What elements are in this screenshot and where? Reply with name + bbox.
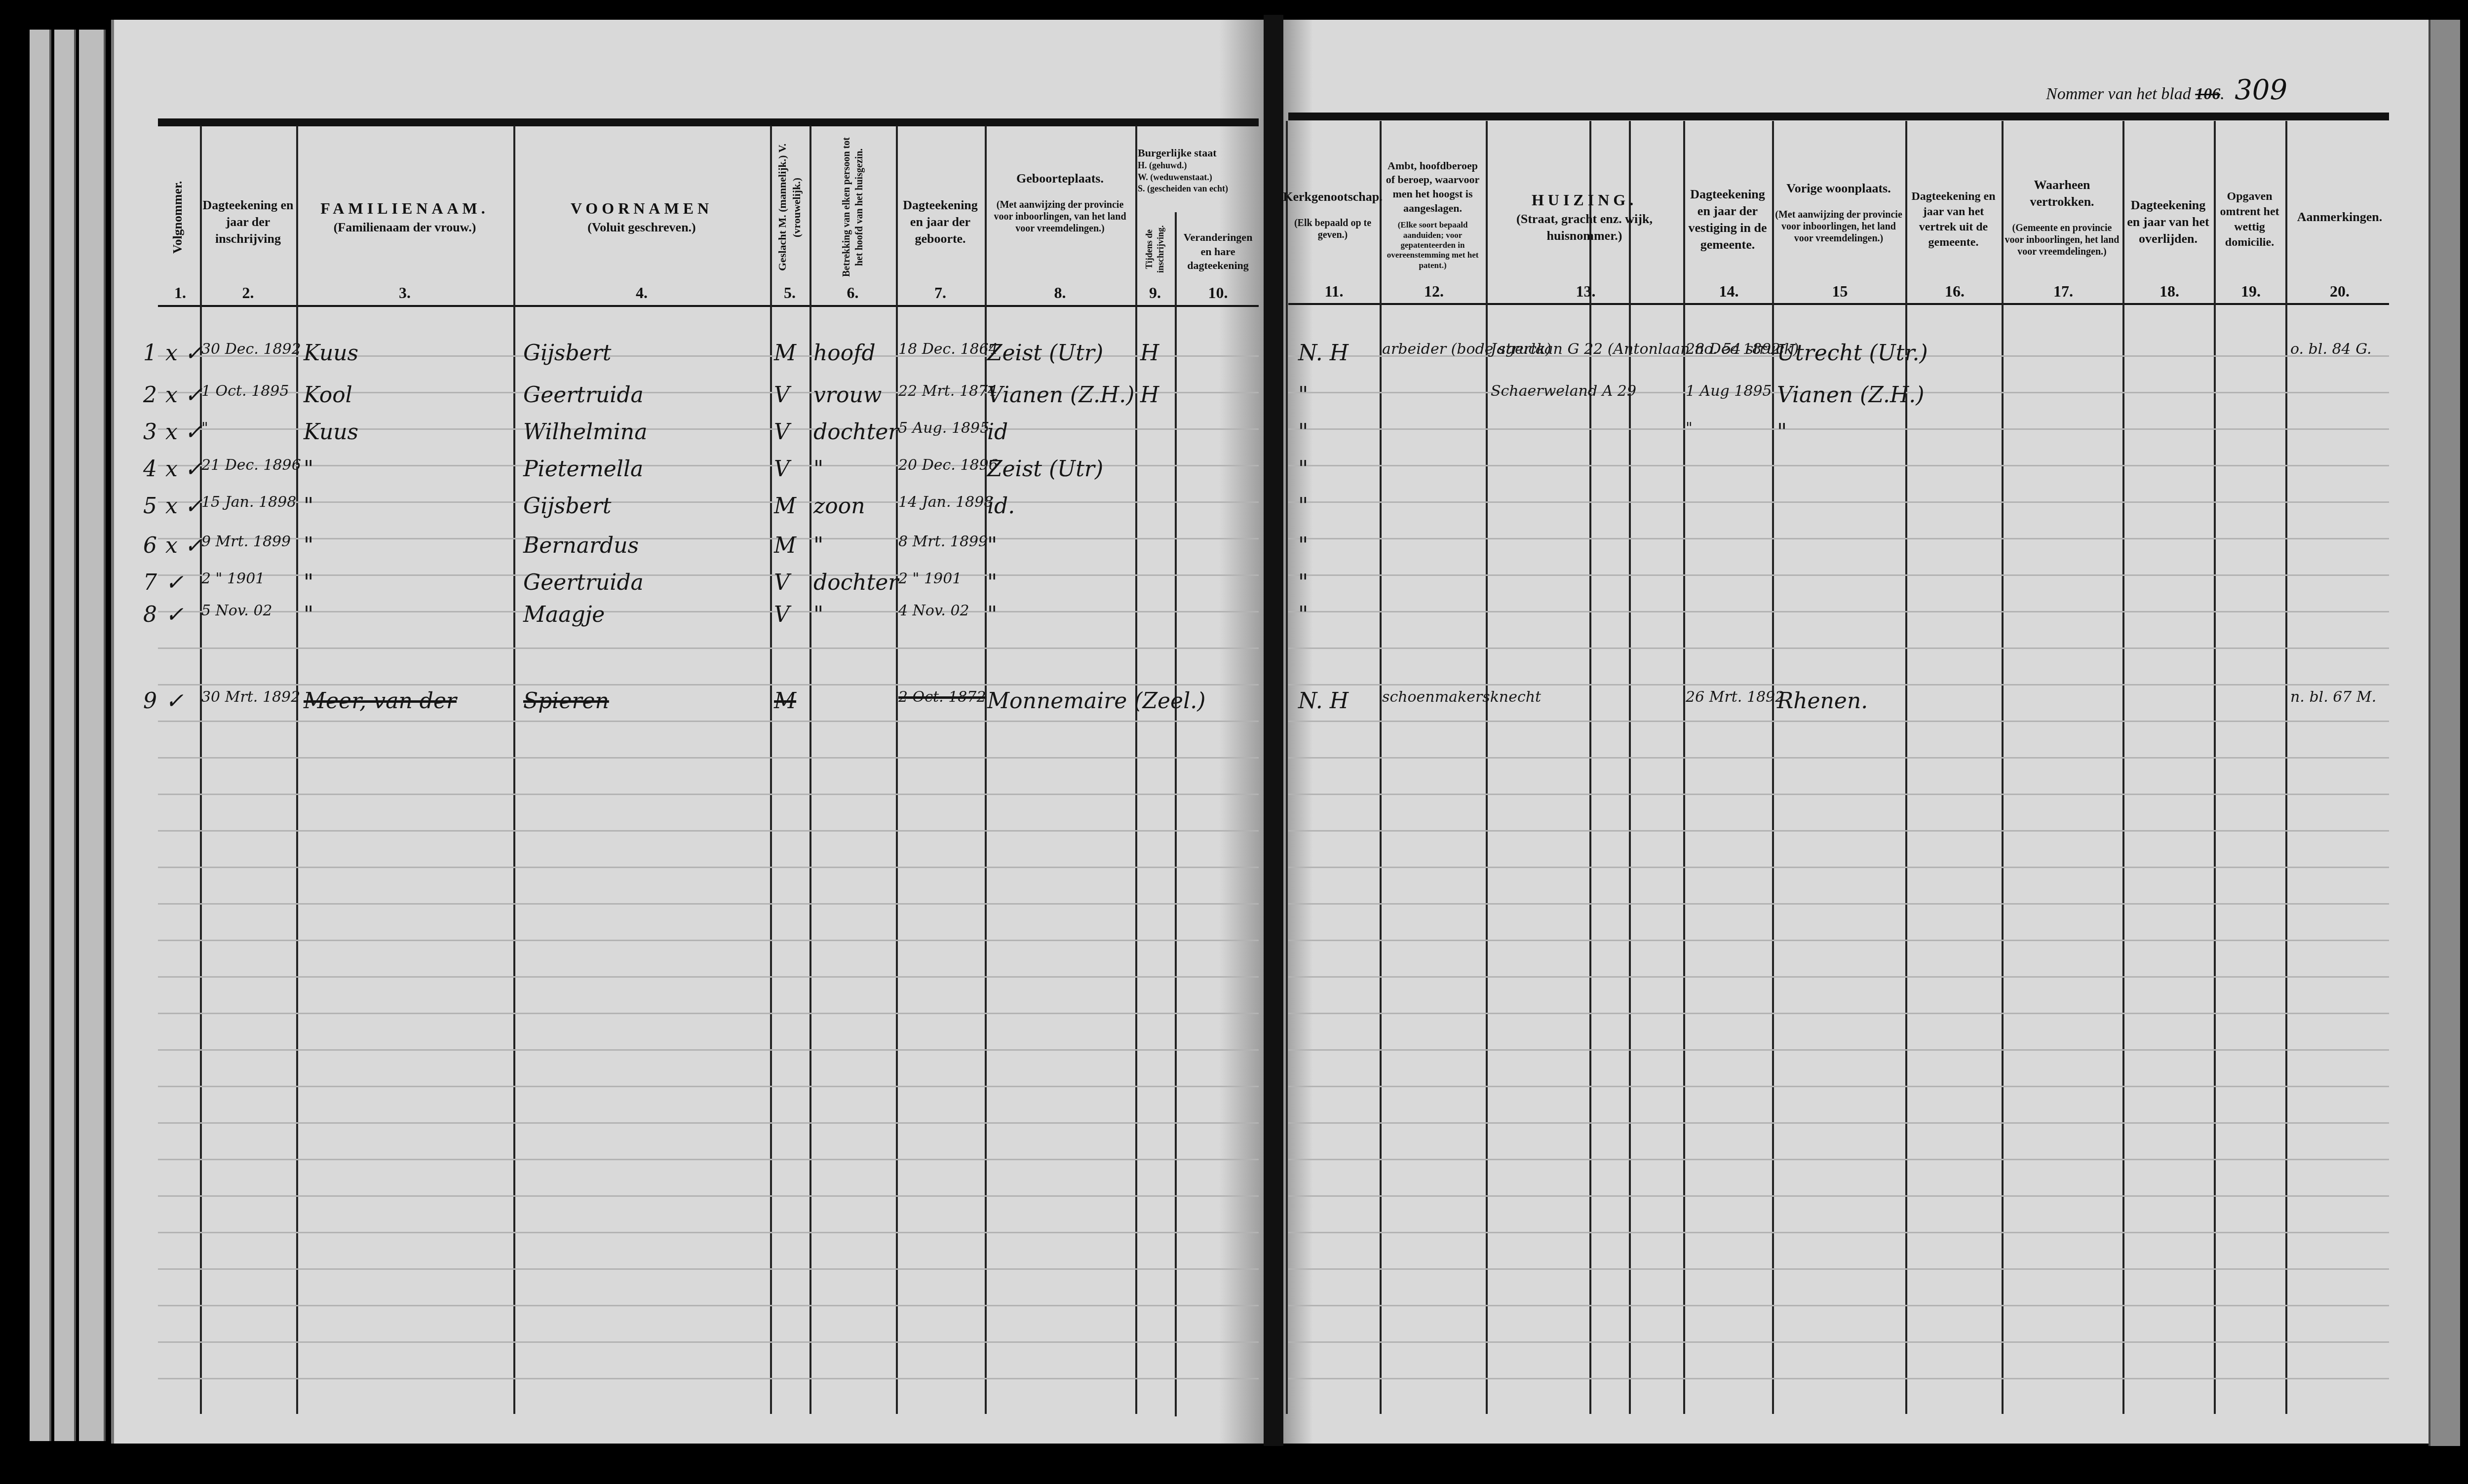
entry-betrekking: " bbox=[813, 457, 823, 482]
ruled-line bbox=[1288, 1305, 2389, 1306]
entry-kerk: " bbox=[1298, 457, 1308, 482]
ruled-line bbox=[1288, 1086, 2389, 1087]
ruled-line bbox=[158, 574, 1259, 576]
ruled-line bbox=[1288, 611, 2389, 612]
column-number: 13. bbox=[1488, 282, 1683, 301]
entry-geboorte: 18 Dec. 1864 bbox=[898, 341, 998, 358]
column-divider bbox=[810, 126, 811, 1414]
header-col-4: VOORNAMEN (Voluit geschreven.) bbox=[516, 163, 768, 271]
entry-inschrijving: " bbox=[201, 419, 208, 437]
entry-kerk: " bbox=[1298, 494, 1308, 519]
entry-geslacht: M bbox=[774, 494, 796, 519]
ruled-line bbox=[158, 830, 1259, 832]
entry-marks: ✓ bbox=[165, 688, 184, 714]
entry-marks: x ✓ bbox=[165, 533, 203, 558]
column-divider bbox=[770, 126, 772, 1414]
ruled-line bbox=[1288, 721, 2389, 722]
column-number: 12. bbox=[1382, 282, 1486, 301]
ruled-line bbox=[1288, 501, 2389, 503]
ruled-line bbox=[158, 976, 1259, 978]
entry-geboorte: 5 Aug. 1895 bbox=[898, 419, 989, 437]
entry-geboorteplaats: Monnemaire (Zeel.) bbox=[987, 688, 1205, 714]
column-divider bbox=[1380, 121, 1382, 1414]
entry-familienaam: Meer, van der bbox=[304, 688, 457, 714]
header-top-rule bbox=[158, 118, 1259, 126]
entry-betrekking: dochter bbox=[813, 570, 898, 595]
entry-marks: x ✓ bbox=[165, 494, 203, 519]
entry-vorige: Utrecht (Utr.) bbox=[1777, 341, 1928, 366]
column-number: 10. bbox=[1177, 284, 1259, 302]
ruled-line bbox=[158, 611, 1259, 612]
entry-betrekking: " bbox=[813, 602, 823, 627]
entry-beroep: schoenmakersknecht bbox=[1382, 688, 1541, 706]
entry-geboorteplaats: " bbox=[987, 533, 997, 558]
entry-kerk: " bbox=[1298, 602, 1308, 627]
column-number: 16. bbox=[1908, 282, 2002, 301]
entry-kerk: " bbox=[1298, 382, 1308, 408]
entry-inschrijving: 2 " 1901 bbox=[201, 570, 265, 587]
ruled-line bbox=[158, 684, 1259, 685]
column-divider bbox=[1589, 121, 1591, 1414]
entry-kerk: " bbox=[1298, 570, 1308, 595]
entry-geslacht: V bbox=[774, 457, 790, 482]
column-divider bbox=[2285, 121, 2287, 1414]
entry-geboorte: 2 Oct. 1872 bbox=[898, 688, 986, 706]
ruled-line bbox=[158, 647, 1259, 649]
entry-betrekking: dochter bbox=[813, 419, 898, 445]
entry-geboorteplaats: Zeist (Utr) bbox=[987, 341, 1103, 366]
header-col-5: Geslacht M. (mannelijk.) V. (vrouwelijk.… bbox=[772, 133, 807, 281]
column-number: 9. bbox=[1138, 284, 1172, 302]
entry-vorige: " bbox=[1777, 419, 1787, 445]
ruled-line bbox=[1288, 1341, 2389, 1343]
entry-marks: ✓ bbox=[165, 602, 184, 627]
entry-geboorte: 4 Nov. 02 bbox=[898, 602, 969, 619]
entry-geboorte: 2 " 1901 bbox=[898, 570, 962, 587]
entry-geslacht: M bbox=[774, 533, 796, 558]
header-col-6: Betrekking van elken persoon tot het hoo… bbox=[812, 133, 893, 281]
entry-marks: ✓ bbox=[165, 570, 184, 595]
ruled-line bbox=[158, 1232, 1259, 1233]
entry-geboorteplaats: " bbox=[987, 570, 997, 595]
header-bottom-rule bbox=[1288, 303, 2389, 305]
header-col-16: Dagteekening en jaar van het vertrek uit… bbox=[1908, 158, 1999, 281]
column-number: 4. bbox=[516, 284, 768, 302]
entry-nr: 7 bbox=[143, 570, 157, 595]
entry-geslacht: V bbox=[774, 602, 790, 627]
entry-nr: 6 bbox=[143, 533, 157, 558]
column-number: 1. bbox=[160, 284, 200, 302]
ruled-line bbox=[1288, 1013, 2389, 1014]
entry-voornamen: Geertruida bbox=[523, 570, 644, 595]
ruled-line bbox=[1288, 830, 2389, 832]
entry-huizing: Schaerweland A 29 bbox=[1491, 382, 1636, 400]
column-divider bbox=[296, 126, 298, 1414]
ruled-line bbox=[158, 1305, 1259, 1306]
ruled-line bbox=[1288, 867, 2389, 868]
column-number: 5. bbox=[772, 284, 807, 302]
ruled-line bbox=[1288, 1195, 2389, 1197]
ruled-line bbox=[1288, 428, 2389, 430]
ruled-line bbox=[1288, 647, 2389, 649]
header-col-2: Dagteekening en jaar der inschrijving bbox=[202, 158, 294, 286]
ruled-line bbox=[158, 1341, 1259, 1343]
entry-inschrijving: 9 Mrt. 1899 bbox=[201, 533, 291, 550]
header-col-1: Volgnommer. bbox=[160, 148, 195, 286]
ruled-line bbox=[158, 1122, 1259, 1124]
entry-voornamen: Gijsbert bbox=[523, 341, 611, 366]
entry-nr: 5 bbox=[143, 494, 157, 519]
ruled-line bbox=[158, 1049, 1259, 1051]
column-number: 19. bbox=[2216, 282, 2285, 301]
entry-geboorteplaats: Vianen (Z.H.) bbox=[987, 382, 1134, 408]
entry-familienaam: " bbox=[304, 494, 313, 519]
book-spine bbox=[1264, 15, 1283, 1446]
entry-nr: 1 bbox=[143, 341, 157, 366]
ruled-line bbox=[1288, 1232, 2389, 1233]
ruled-line bbox=[1288, 574, 2389, 576]
entry-betrekking: hoofd bbox=[813, 341, 876, 366]
header-col-10: Veranderingen en hare dagteekening bbox=[1177, 217, 1259, 286]
header-top-rule bbox=[1288, 113, 2389, 120]
ruled-line bbox=[158, 501, 1259, 503]
header-col-8: Geboorteplaats. (Met aanwijzing der prov… bbox=[987, 153, 1133, 252]
header-burgerlijke-staat: Burgerlijke staat H. (gehuwd.) W. (weduw… bbox=[1138, 133, 1256, 207]
entry-kerk: N. H bbox=[1298, 341, 1349, 366]
entry-betrekking: vrouw bbox=[813, 382, 882, 408]
entry-familienaam: " bbox=[304, 533, 313, 558]
entry-geboorte: 8 Mrt. 1899 bbox=[898, 533, 988, 550]
ruled-line bbox=[158, 903, 1259, 905]
column-number: 6. bbox=[812, 284, 893, 302]
ruled-line bbox=[158, 1013, 1259, 1014]
header-col-7: Dagteekening en jaar der geboorte. bbox=[898, 158, 982, 286]
entry-kerk: " bbox=[1298, 533, 1308, 558]
entry-nr: 8 bbox=[143, 602, 157, 627]
sheet-number-new: 309 bbox=[2235, 74, 2287, 106]
sheet-number-old: 106 bbox=[2195, 85, 2220, 103]
ruled-line bbox=[158, 1195, 1259, 1197]
ruled-line bbox=[158, 794, 1259, 795]
entry-geboorteplaats: id bbox=[987, 419, 1008, 445]
ruled-line bbox=[158, 757, 1259, 759]
entry-familienaam: Kuus bbox=[304, 341, 358, 366]
column-number: 18. bbox=[2125, 282, 2214, 301]
entry-marks: x ✓ bbox=[165, 341, 203, 366]
entry-geboorte: 20 Dec. 1896 bbox=[898, 457, 998, 474]
entry-staat: H bbox=[1140, 382, 1159, 408]
page-stack-edge bbox=[79, 30, 106, 1441]
entry-geboorteplaats: id. bbox=[987, 494, 1015, 519]
entry-voornamen: Gijsbert bbox=[523, 494, 611, 519]
ruled-line bbox=[158, 940, 1259, 941]
column-divider bbox=[1135, 126, 1137, 1414]
header-col-17: Waarheen vertrokken. (Gemeente en provin… bbox=[2004, 158, 2120, 276]
entry-marks: x ✓ bbox=[165, 382, 203, 408]
column-divider bbox=[896, 126, 898, 1414]
entry-vestiging: " bbox=[1686, 419, 1693, 437]
header-col-11: Kerkgenootschap. (Elk bepaald op te geve… bbox=[1288, 153, 1377, 276]
entry-nr: 3 bbox=[143, 419, 157, 445]
entry-familienaam: " bbox=[304, 602, 313, 627]
ruled-line bbox=[1288, 1268, 2389, 1270]
ruled-line bbox=[1288, 757, 2389, 759]
entry-vorige: Vianen (Z.H.) bbox=[1777, 382, 1924, 408]
column-number: 15 bbox=[1774, 282, 1905, 301]
header-col-19: Opgaven omtrent het wettig domicilie. bbox=[2216, 158, 2283, 281]
ruled-line bbox=[158, 721, 1259, 722]
header-col-18: Dagteekening en jaar van het overlijden. bbox=[2125, 163, 2211, 281]
ruled-line bbox=[158, 1159, 1259, 1160]
column-divider bbox=[1629, 121, 1631, 1414]
ruled-line bbox=[158, 1086, 1259, 1087]
entry-vestiging: 26 Mrt. 1892 bbox=[1686, 688, 1784, 706]
entry-marks: x ✓ bbox=[165, 457, 203, 482]
entry-vestiging: 28 Dec 1892 bbox=[1686, 341, 1780, 358]
entry-betrekking: zoon bbox=[813, 494, 865, 519]
entry-nr: 2 bbox=[143, 382, 157, 408]
entry-geboorte: 22 Mrt. 1874 bbox=[898, 382, 997, 400]
column-divider bbox=[985, 126, 987, 1414]
entry-kerk: N. H bbox=[1298, 688, 1349, 714]
column-number: 8. bbox=[987, 284, 1133, 302]
column-number: 3. bbox=[299, 284, 511, 302]
ruled-line bbox=[1288, 465, 2389, 466]
entry-inschrijving: 21 Dec. 1896 bbox=[201, 457, 301, 474]
column-divider bbox=[2214, 121, 2216, 1414]
column-divider bbox=[1772, 121, 1774, 1414]
ruled-line bbox=[1288, 794, 2389, 795]
entry-marks: x ✓ bbox=[165, 419, 203, 445]
column-number: 17. bbox=[2004, 282, 2122, 301]
page-stack-edge bbox=[30, 30, 51, 1441]
entry-geslacht: M bbox=[774, 688, 796, 714]
entry-geslacht: M bbox=[774, 341, 796, 366]
entry-familienaam: Kool bbox=[304, 382, 352, 408]
ruled-line bbox=[1288, 940, 2389, 941]
header-col-12: Ambt, hoofdberoep of beroep, waarvoor me… bbox=[1382, 143, 1483, 286]
ruled-line bbox=[1288, 1378, 2389, 1379]
entry-geslacht: V bbox=[774, 382, 790, 408]
entry-staat: H bbox=[1140, 341, 1159, 366]
ruled-line bbox=[158, 1378, 1259, 1379]
entry-voornamen: Pieternella bbox=[523, 457, 643, 482]
column-number: 11. bbox=[1288, 282, 1380, 301]
sheet-number: Nommer van het blad 106. 309 bbox=[2046, 74, 2287, 106]
entry-inschrijving: 5 Nov. 02 bbox=[201, 602, 272, 619]
entry-vorige: Rhenen. bbox=[1777, 688, 1868, 714]
column-divider bbox=[1286, 121, 1288, 1414]
page-stack-edge bbox=[54, 30, 76, 1441]
column-divider bbox=[1905, 121, 1907, 1414]
column-divider bbox=[2002, 121, 2004, 1414]
header-col-14: Dagteekening en jaar der vestiging in de… bbox=[1686, 158, 1770, 281]
column-divider bbox=[1486, 121, 1488, 1414]
entry-geslacht: V bbox=[774, 570, 790, 595]
entry-betrekking: " bbox=[813, 533, 823, 558]
ruled-line bbox=[1288, 684, 2389, 685]
entry-vestiging: 1 Aug 1895 bbox=[1686, 382, 1772, 400]
entry-geboorteplaats: Zeist (Utr) bbox=[987, 457, 1103, 482]
ruled-line bbox=[1288, 903, 2389, 905]
right-page-edge bbox=[2429, 20, 2460, 1446]
entry-voornamen: Bernardus bbox=[523, 533, 639, 558]
column-divider bbox=[200, 126, 202, 1414]
entry-inschrijving: 1 Oct. 1895 bbox=[201, 382, 289, 400]
column-divider bbox=[513, 126, 515, 1414]
column-number: 2. bbox=[202, 284, 294, 302]
ruled-line bbox=[158, 1268, 1259, 1270]
ruled-line bbox=[1288, 1159, 2389, 1160]
ruled-line bbox=[1288, 538, 2389, 539]
entry-geboorteplaats: " bbox=[987, 602, 997, 627]
entry-voornamen: Spieren bbox=[523, 688, 609, 714]
column-number: 7. bbox=[898, 284, 982, 302]
entry-voornamen: Geertruida bbox=[523, 382, 644, 408]
header-col-9: Tijdens de inschrijving. bbox=[1138, 212, 1172, 286]
header-col-3: FAMILIENAAM. (Familienaam der vrouw.) bbox=[299, 163, 511, 271]
ruled-line bbox=[1288, 1122, 2389, 1124]
header-col-13: HUIZING. (Straat, gracht enz. wijk, huis… bbox=[1488, 168, 1681, 266]
entry-kerk: " bbox=[1298, 419, 1308, 445]
column-number: 20. bbox=[2288, 282, 2391, 301]
header-bottom-rule bbox=[158, 305, 1259, 307]
entry-familienaam: " bbox=[304, 570, 313, 595]
entry-geboorte: 14 Jan. 1898 bbox=[898, 494, 993, 511]
entry-voornamen: Maagje bbox=[523, 602, 605, 627]
entry-geslacht: V bbox=[774, 419, 790, 445]
ruled-line bbox=[158, 538, 1259, 539]
entry-inschrijving: 15 Jan. 1898 bbox=[201, 494, 296, 511]
entry-nr: 9 bbox=[143, 688, 157, 714]
column-divider bbox=[1683, 121, 1685, 1414]
entry-inschrijving: 30 Dec. 1892 bbox=[201, 341, 301, 358]
header-col-15: Vorige woonplaats. (Met aanwijzing der p… bbox=[1774, 163, 1903, 262]
ruled-line bbox=[1288, 976, 2389, 978]
ruled-line bbox=[158, 867, 1259, 868]
column-number: 14. bbox=[1686, 282, 1772, 301]
header-col-20: Aanmerkingen. bbox=[2288, 188, 2391, 247]
entry-aanmerking: n. bl. 67 M. bbox=[2290, 688, 2376, 706]
entry-aanmerking: o. bl. 84 G. bbox=[2290, 341, 2372, 358]
ruled-line bbox=[1288, 1049, 2389, 1051]
entry-nr: 4 bbox=[143, 457, 157, 482]
entry-voornamen: Wilhelmina bbox=[523, 419, 647, 445]
column-divider bbox=[2122, 121, 2124, 1414]
entry-familienaam: " bbox=[304, 457, 313, 482]
entry-familienaam: Kuus bbox=[304, 419, 358, 445]
entry-inschrijving: 30 Mrt. 1892 bbox=[201, 688, 300, 706]
